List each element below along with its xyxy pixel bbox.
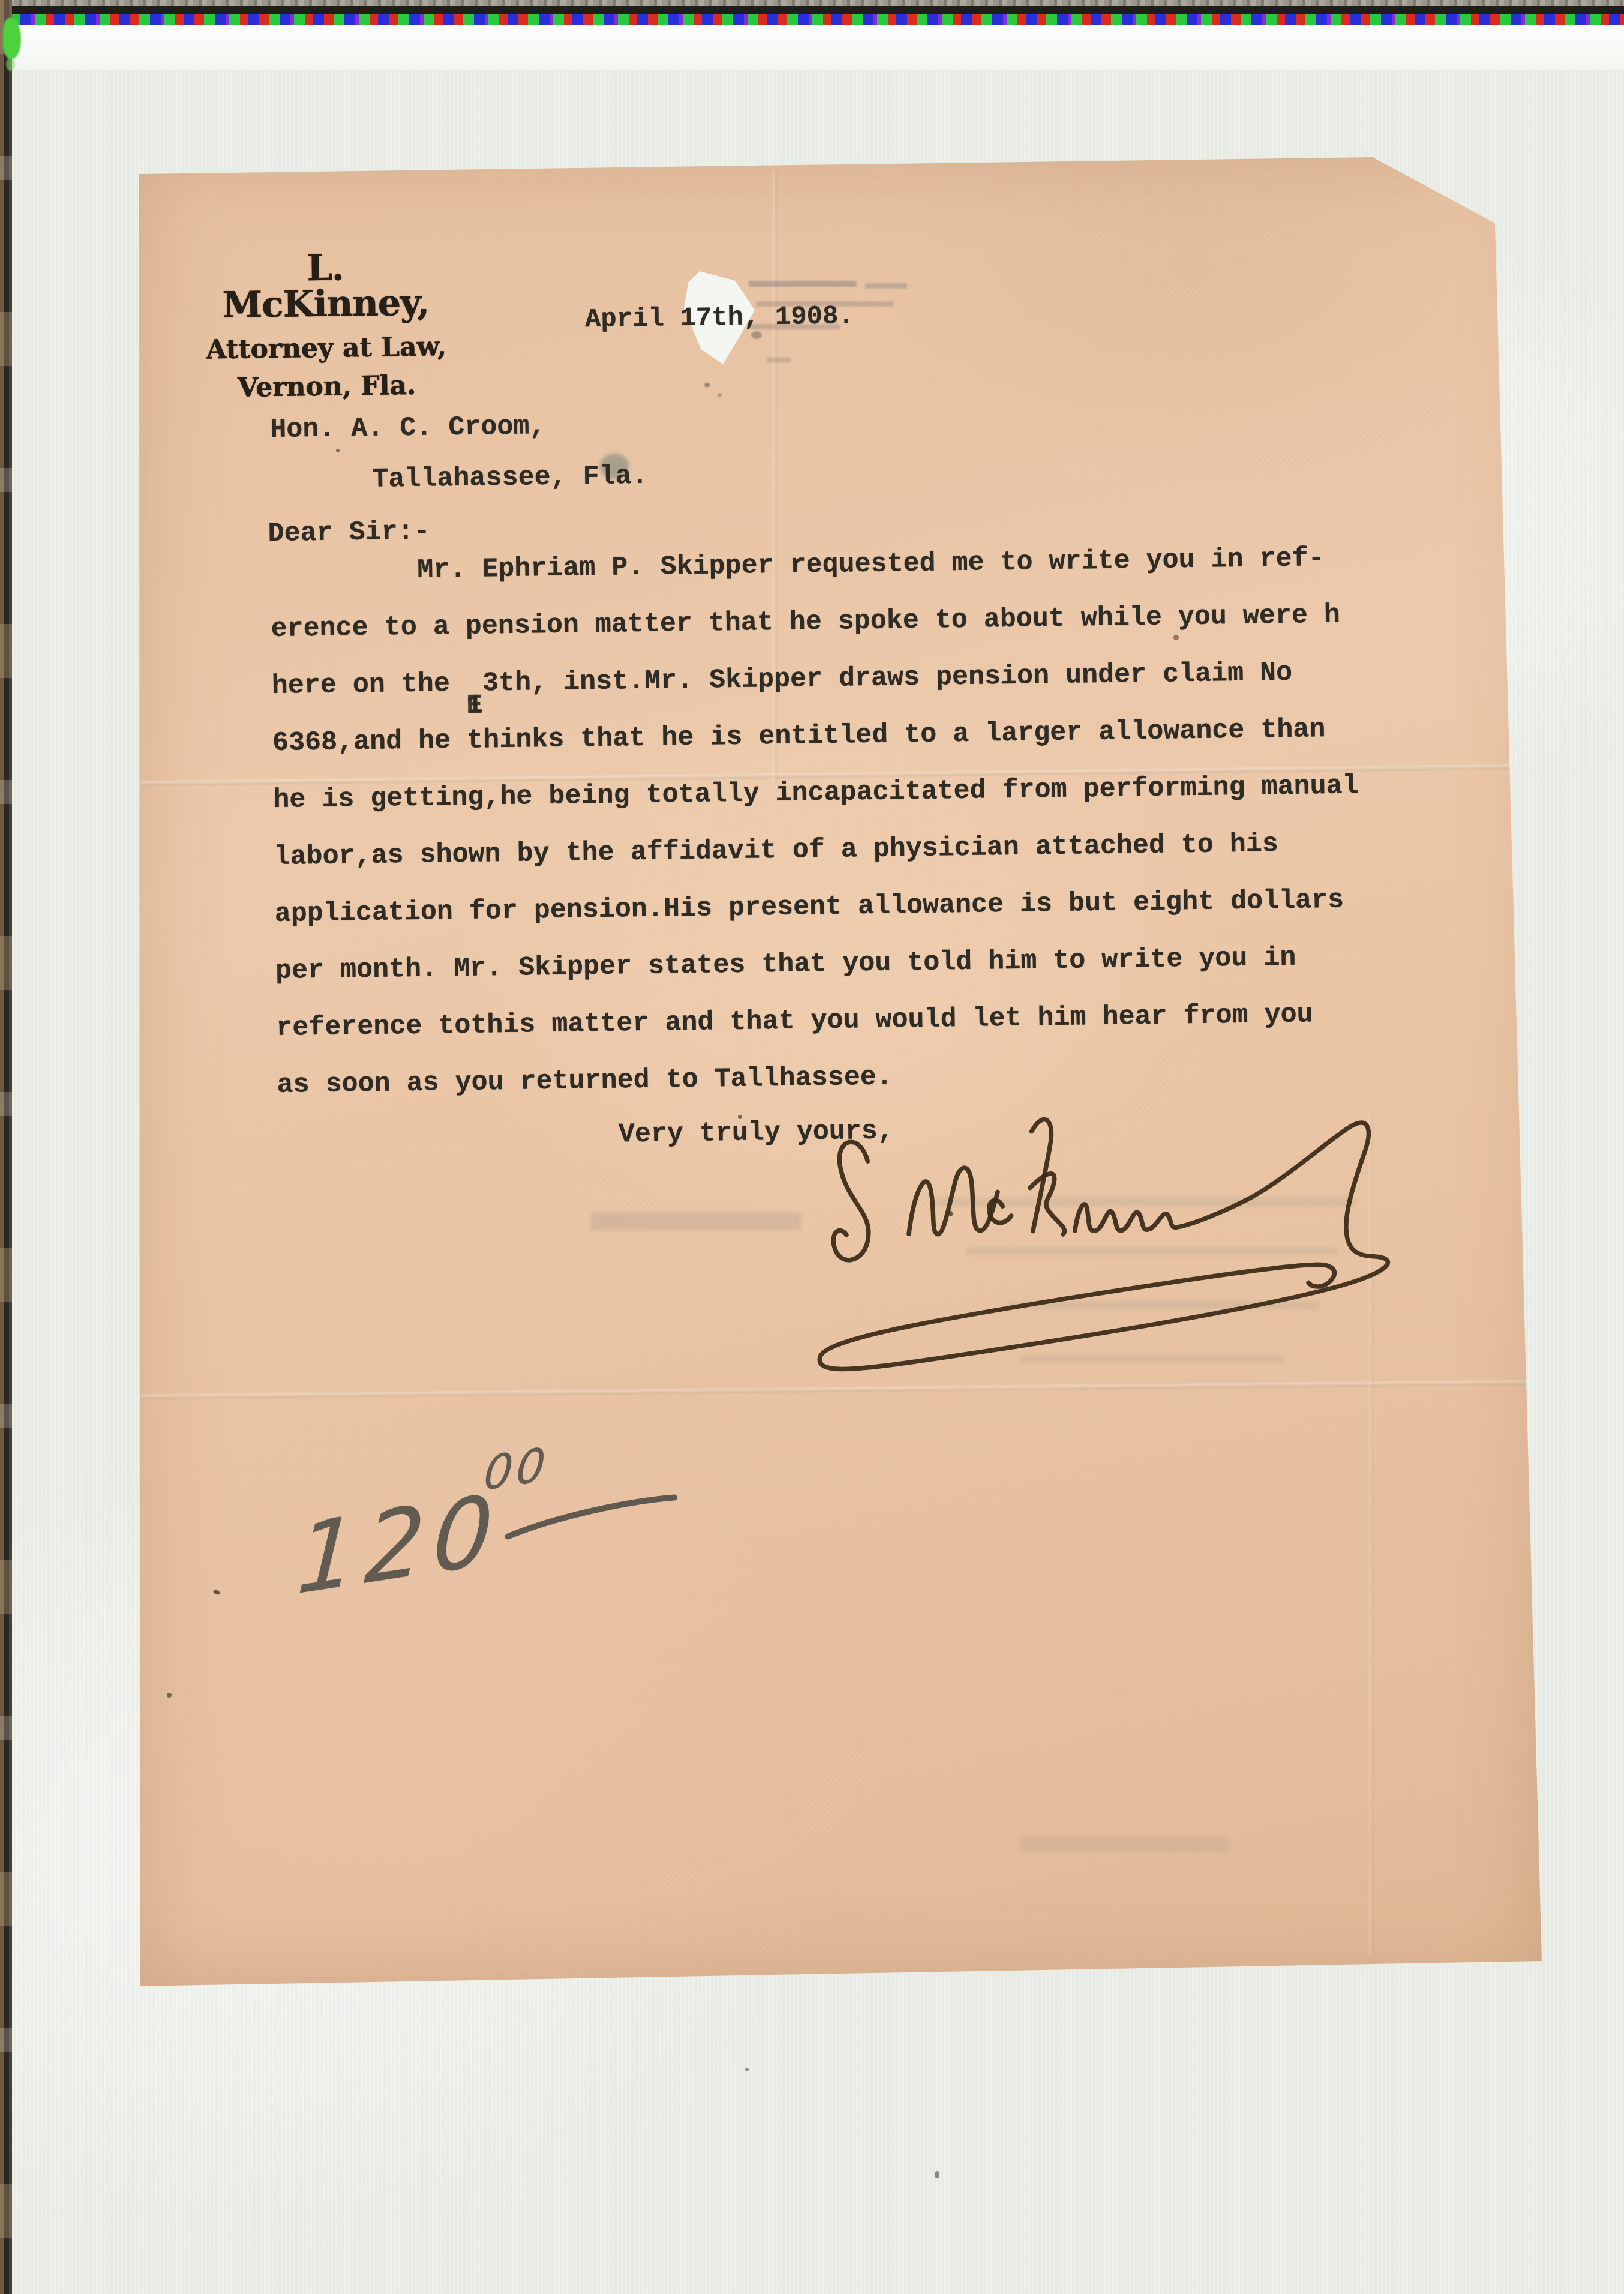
scanner-left-edge xyxy=(0,0,12,2294)
letterhead-name: L. McKinney, xyxy=(202,248,449,323)
letterhead-title: Attorney at Law, xyxy=(203,334,449,363)
body-line: per month. Mr. Skipper states that you t… xyxy=(275,943,1296,986)
scanner-top-bar xyxy=(0,6,1624,14)
salutation: Dear Sir:- xyxy=(268,517,430,550)
body-line: reference tothis matter and that you wou… xyxy=(276,999,1313,1043)
recipient-name: Hon. A. C. Croom, xyxy=(270,411,546,445)
body-line: application for pension.His present allo… xyxy=(275,885,1344,929)
body-line: Mr. Ephriam P. Skipper requested me to w… xyxy=(417,543,1325,586)
letterhead: L. McKinney, Attorney at Law, Vernon, Fl… xyxy=(202,248,449,401)
pencil-underline-swash xyxy=(500,1489,682,1543)
scanner-top-noise xyxy=(0,0,1624,6)
body-line: erence to a pension matter that he spoke… xyxy=(271,600,1340,644)
date-line: April 17th, 1908. xyxy=(585,301,854,335)
body-line: 6368,and he thinks that he is entitled t… xyxy=(272,714,1326,758)
ink-speck xyxy=(745,2068,749,2071)
recipient-city: Tallahassee, Fla. xyxy=(372,461,648,495)
pencil-amount: 120 xyxy=(294,1473,504,1617)
ink-speck xyxy=(935,2171,939,2178)
letterhead-location: Vernon, Fla. xyxy=(203,372,450,401)
body-line: here on the E13th, inst.Mr. Skipper draw… xyxy=(272,658,1293,701)
pencil-cents: 00 xyxy=(482,1437,551,1501)
color-calibration-strip xyxy=(0,14,1624,25)
scan-background: L. McKinney, Attorney at Law, Vernon, Fl… xyxy=(0,0,1624,2294)
scanner-green-artifact xyxy=(6,58,15,71)
signature-flourish xyxy=(772,1084,1400,1392)
body-line: he is getting,he being totally incapacit… xyxy=(273,770,1359,815)
body-line: labor,as shown by the affidavit of a phy… xyxy=(274,829,1278,872)
pencil-annotation: 120 00 xyxy=(285,1420,716,1660)
letter-paper: L. McKinney, Attorney at Law, Vernon, Fl… xyxy=(137,155,1544,1989)
scanner-green-artifact xyxy=(3,18,21,59)
backing-sheet-highlight xyxy=(12,25,1624,70)
